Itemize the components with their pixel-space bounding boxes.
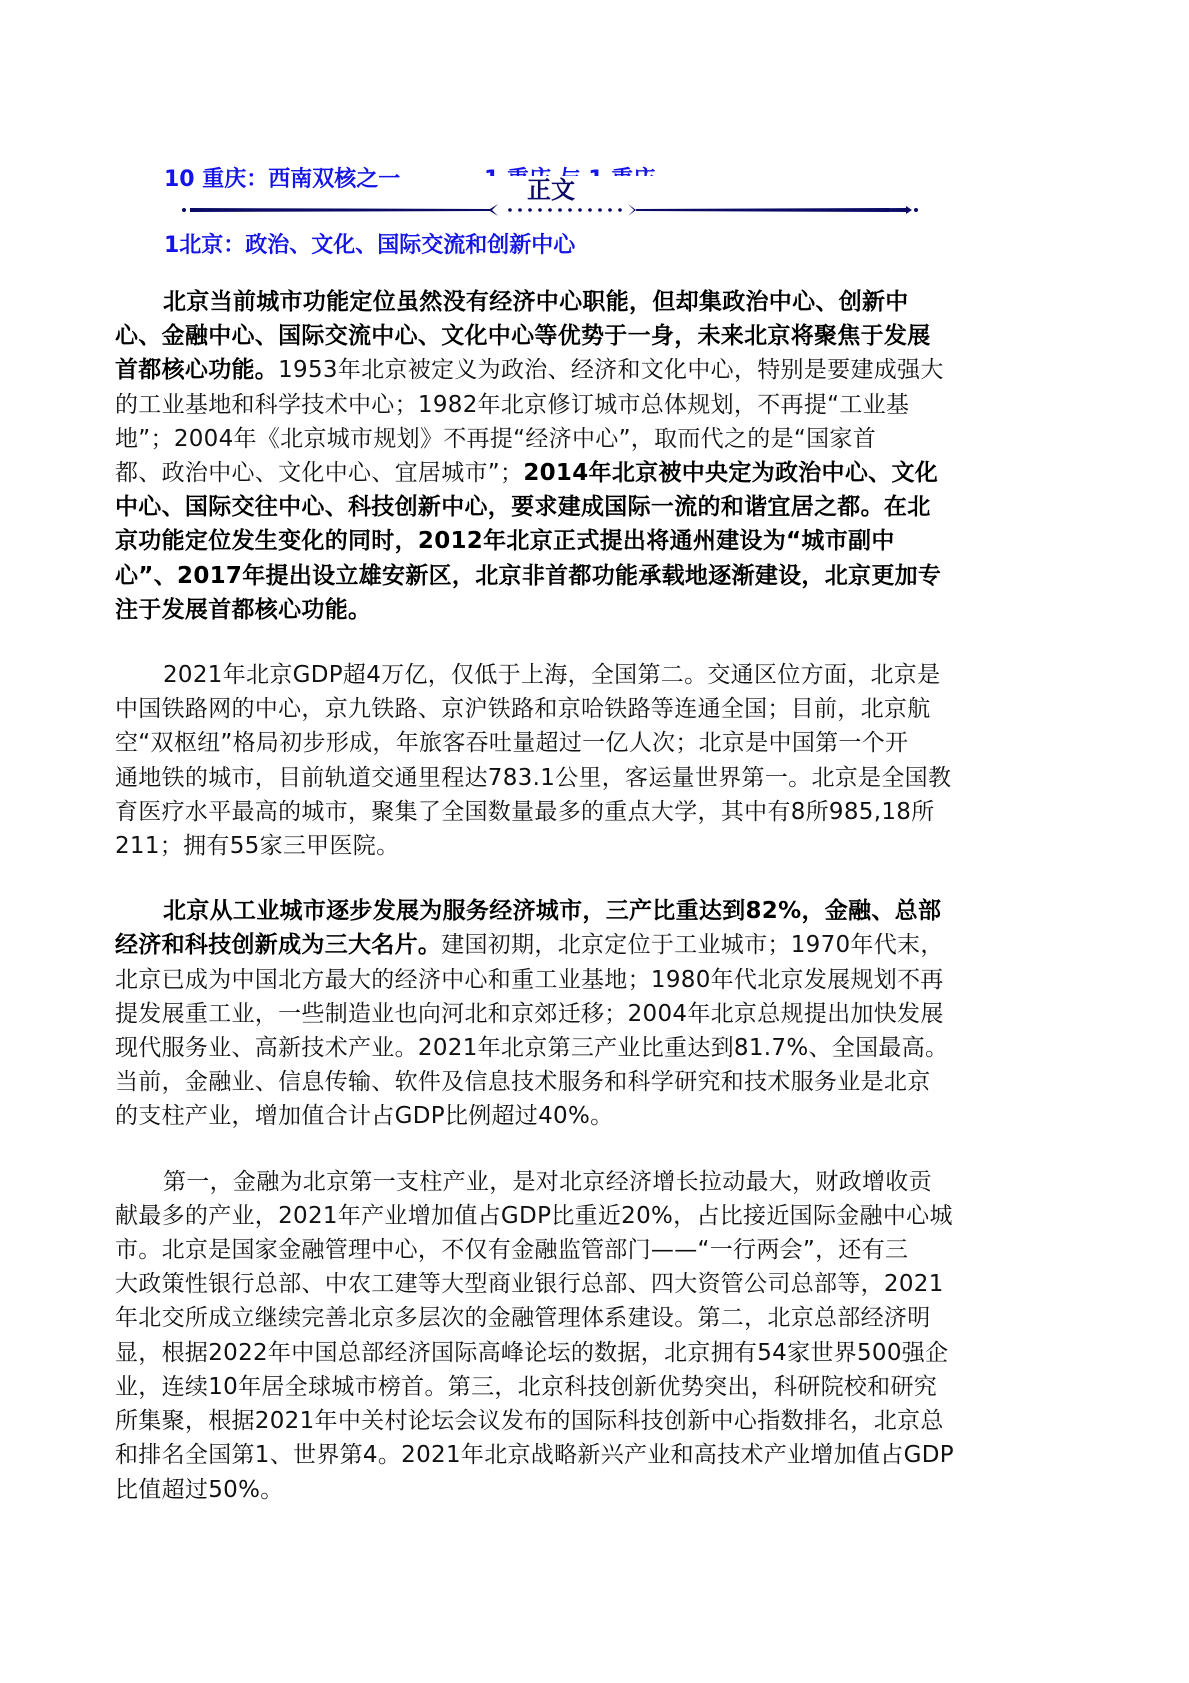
text-line: 心”、2017年提出设立雄安新区，北京非首都功能承载地逐渐建设，北京更加专 xyxy=(115,559,995,593)
paragraph-1: 北京当前城市功能定位虽然没有经济中心职能，但却集政治中心、创新中 心、金融中心、… xyxy=(115,285,995,627)
text-line: 通地铁的城市，目前轨道交通里程达783.1公里，客运量世界第一。北京是全国教 xyxy=(115,761,995,795)
ornamental-divider xyxy=(180,202,920,218)
text-line: 当前，金融业、信息传输、软件及信息技术服务和科学研究和技术服务业是北京 xyxy=(115,1065,995,1099)
paragraph-2: 2021年北京GDP超4万亿，仅低于上海，全国第二。交通区位方面，北京是 中国铁… xyxy=(115,658,995,863)
text-line: 的工业基地和科学技术中心；1982年北京修订城市总体规划，不再提“工业基 xyxy=(115,388,995,422)
text-line: 育医疗水平最高的城市，聚集了全国数量最多的重点大学，其中有8所985,18所 xyxy=(115,795,995,829)
text-line: 都、政治中心、文化中心、宜居城市”；2014年北京被中央定为政治中心、文化 xyxy=(115,456,995,490)
text-line: 注于发展首都核心功能。 xyxy=(115,593,995,627)
text-line: 地”；2004年《北京城市规划》不再提“经济中心”，取而代之的是“国家首 xyxy=(115,422,995,456)
text-line: 北京从工业城市逐步发展为服务经济城市，三产比重达到82%，金融、总部 xyxy=(115,894,995,928)
text-line: 大政策性银行总部、中农工建等大型商业银行总部、四大资管公司总部等，2021 xyxy=(115,1267,995,1301)
text-line: 首都核心功能。1953年北京被定义为政治、经济和文化中心，特别是要建成强大 xyxy=(115,353,995,387)
text-line: 和排名全国第1、世界第4。2021年北京战略新兴产业和高技术产业增加值占GDP xyxy=(115,1438,995,1472)
text-line: 业，连续10年居全球城市榜首。第三，北京科技创新优势突出，科研院校和研究 xyxy=(115,1370,995,1404)
text-line: 市。北京是国家金融管理中心，不仅有金融监管部门——“一行两会”，还有三 xyxy=(115,1233,995,1267)
text-line: 经济和科技创新成为三大名片。建国初期，北京定位于工业城市；1970年代末， xyxy=(115,928,995,962)
text-line: 中国铁路网的中心，京九铁路、京沪铁路和京哈铁路等连通全国；目前，北京航 xyxy=(115,692,995,726)
paragraph-4: 第一，金融为北京第一支柱产业，是对北京经济增长拉动最大，财政增收贡 献最多的产业… xyxy=(115,1165,995,1507)
text-line: 北京已成为中国北方最大的经济中心和重工业基地；1980年代北京发展规划不再 xyxy=(115,963,995,997)
text-line: 比值超过50%。 xyxy=(115,1473,995,1507)
text-line: 第一，金融为北京第一支柱产业，是对北京经济增长拉动最大，财政增收贡 xyxy=(115,1165,995,1199)
body-text: 北京当前城市功能定位虽然没有经济中心职能，但却集政治中心、创新中 心、金融中心、… xyxy=(115,285,995,1538)
text-line: 心、金融中心、国际交流中心、文化中心等优势于一身，未来北京将聚焦于发展 xyxy=(115,319,995,353)
text-line: 献最多的产业，2021年产业增加值占GDP比重近20%，占比接近国际金融中心城 xyxy=(115,1199,995,1233)
text-line: 的支柱产业，增加值合计占GDP比例超过40%。 xyxy=(115,1099,995,1133)
text-line: 现代服务业、高新技术产业。2021年北京第三产业比重达到81.7%、全国最高。 xyxy=(115,1031,995,1065)
text-line: 211；拥有55家三甲医院。 xyxy=(115,829,995,863)
text-line: 2021年北京GDP超4万亿，仅低于上海，全国第二。交通区位方面，北京是 xyxy=(115,658,995,692)
section-title: 正文 xyxy=(527,170,575,205)
text-line: 中心、国际交往中心、科技创新中心，要求建成国际一流的和谐宜居之都。在北 xyxy=(115,490,995,524)
text-line: 年北交所成立继续完善北京多层次的金融管理体系建设。第二，北京总部经济明 xyxy=(115,1301,995,1335)
text-line: 北京当前城市功能定位虽然没有经济中心职能，但却集政治中心、创新中 xyxy=(115,285,995,319)
text-line: 提发展重工业，一些制造业也向河北和京郊迁移；2004年北京总规提出加快发展 xyxy=(115,997,995,1031)
text-line: 京功能定位发生变化的同时，2012年北京正式提出将通州建设为“城市副中 xyxy=(115,524,995,558)
paragraph-3: 北京从工业城市逐步发展为服务经济城市，三产比重达到82%，金融、总部 经济和科技… xyxy=(115,894,995,1133)
toc-entry-chongqing[interactable]: 10 重庆：西南双核之一 xyxy=(164,162,400,193)
text-line: 所集聚，根据2021年中关村论坛会议发布的国际科技创新中心指数排名，北京总 xyxy=(115,1404,995,1438)
section-heading[interactable]: 1北京：政治、文化、国际交流和创新中心 xyxy=(164,228,575,259)
text-line: 空“双枢纽”格局初步形成，年旅客吞吐量超过一亿人次；北京是中国第一个开 xyxy=(115,726,995,760)
text-line: 显，根据2022年中国总部经济国际高峰论坛的数据，北京拥有54家世界500强企 xyxy=(115,1336,995,1370)
